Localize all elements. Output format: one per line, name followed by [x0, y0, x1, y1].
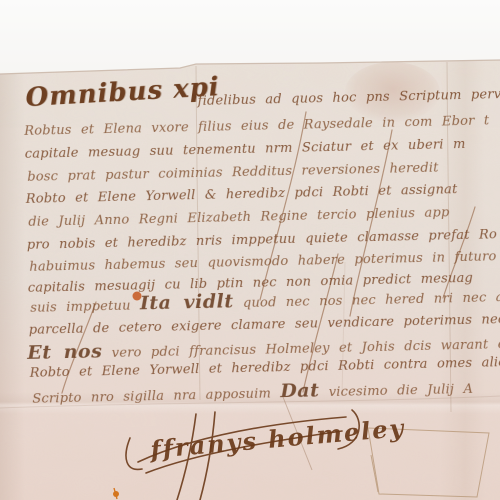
text-line-6: die Julij Anno Regni Elizabeth Regine te…: [28, 205, 449, 230]
emphasis-dat: Dat: [280, 379, 320, 402]
line-text: Scripto nro sigilla nra apposuim: [32, 386, 280, 407]
opening-initial-words: Omnibus xpi: [25, 72, 221, 113]
text-line-5: Robto et Elene Yorwell & heredibz pdci R…: [26, 182, 458, 207]
text-line-14: Scripto nro sigilla nra apposuim Dat vic…: [32, 376, 473, 408]
text-line-3: capitale mesuag suu tenementu nrm Sciatu…: [25, 137, 466, 162]
manuscript-photo: Omnibus xpi fidelibus ad quos hoc pns Sc…: [0, 0, 500, 500]
emphasis-ita-vidlt: Ita vidlt: [140, 290, 234, 314]
text-line-2: Robtus et Elena vxore filius eius de Ray…: [24, 113, 489, 139]
text-line-4: bosc prat pastur coiminias Redditus reve…: [27, 161, 439, 185]
line-text: bosc prat pastur coiminias Redditus reve…: [27, 161, 439, 185]
line-text: Robto et Elene Yorwell & heredibz pdci R…: [26, 182, 458, 207]
line-text: die Julij Anno Regni Elizabeth Regine te…: [28, 205, 449, 230]
line-text: capitale mesuag suu tenementu nrm Sciatu…: [25, 137, 466, 162]
line-text: fidelibus ad quos hoc pns Scriptum perve…: [197, 86, 500, 109]
text-line-7: pro nobis et heredibz nris imppetuu quie…: [27, 227, 497, 253]
manuscript-text-block: Omnibus xpi fidelibus ad quos hoc pns Sc…: [0, 0, 500, 500]
line-text: pro nobis et heredibz nris imppetuu quie…: [27, 227, 497, 253]
line-text: quod nec nos nec hered nri nec aliqui: [233, 289, 500, 311]
text-line-1: fidelibus ad quos hoc pns Scriptum perve…: [197, 86, 500, 109]
emphasis-et-nos: Et nos: [27, 340, 103, 364]
line-text: suis imppetuu: [30, 298, 140, 315]
line-text: Robtus et Elena vxore filius eius de Ray…: [24, 113, 489, 139]
line-text: vicesimo die Julij A: [319, 382, 473, 400]
